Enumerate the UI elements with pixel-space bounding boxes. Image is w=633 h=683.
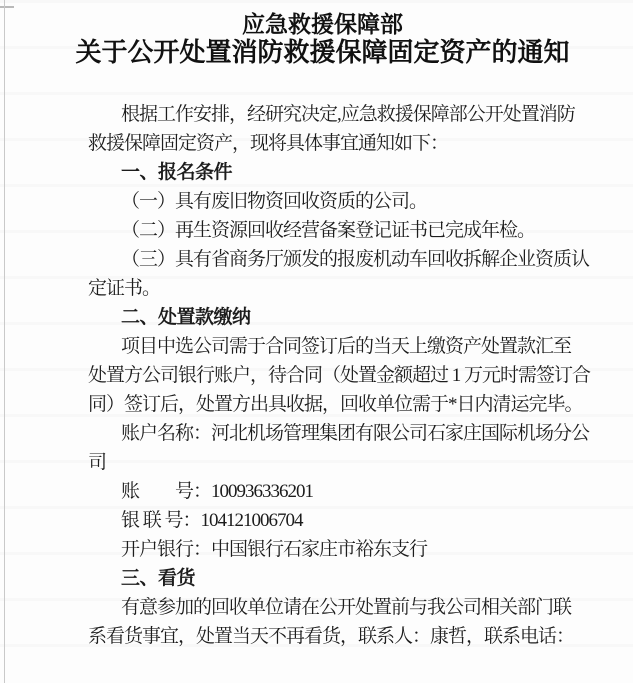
document-title-org: 应急救援保障部 — [12, 11, 633, 38]
section-heading: 二、处置款缴纳 — [88, 303, 625, 332]
text-line: 定证书。 — [88, 274, 625, 303]
text-line: （三）具有省商务厅颁发的报废机动车回收拆解企业资质认 — [88, 245, 625, 274]
document-title-block: 应急救援保障部 关于公开处置消防救援保障固定资产的通知 — [0, 11, 633, 68]
section-heading: 三、看货 — [88, 564, 625, 593]
section-heading: 一、报名条件 — [88, 158, 625, 187]
text-line: 司 — [88, 448, 625, 477]
scan-edge-line — [4, 0, 5, 683]
text-line: （二）再生资源回收经营备案登记证书已完成年检。 — [88, 216, 625, 245]
text-line: 系看货事宜，处置当天不再看货，联系人：康哲，联系电话： — [88, 622, 625, 651]
text-line: 有意参加的回收单位请在公开处置前与我公司相关部门联 — [88, 593, 625, 622]
text-line: 银 联 号：104121006704 — [88, 506, 625, 535]
text-line: 处置方公司银行账户，待合同（处置金额超过 1 万元时需签订合 — [88, 361, 625, 390]
text-line: 根据工作安排，经研究决定,应急救援保障部公开处置消防 — [88, 100, 625, 129]
text-line: 救援保障固定资产，现将具体事宜通知如下： — [88, 129, 625, 158]
text-line: 同）签订后，处置方出具收据，回收单位需于*日内清运完毕。 — [88, 390, 625, 419]
text-line: 账户名称：河北机场管理集团有限公司石家庄国际机场分公 — [88, 419, 625, 448]
text-line: 项目中选公司需于合同签订后的当天上缴资产处置款汇至 — [88, 332, 625, 361]
scan-artifact — [0, 6, 14, 8]
document-page: 应急救援保障部 关于公开处置消防救援保障固定资产的通知 根据工作安排，经研究决定… — [0, 0, 633, 683]
document-lines: 根据工作安排，经研究决定,应急救援保障部公开处置消防救援保障固定资产，现将具体事… — [88, 100, 625, 651]
text-line: 账 号：100936336201 — [88, 477, 625, 506]
text-line: （一）具有废旧物资回收资质的公司。 — [88, 187, 625, 216]
document-title-main: 关于公开处置消防救援保障固定资产的通知 — [12, 38, 633, 68]
text-line: 开户银行：中国银行石家庄市裕东支行 — [88, 535, 625, 564]
